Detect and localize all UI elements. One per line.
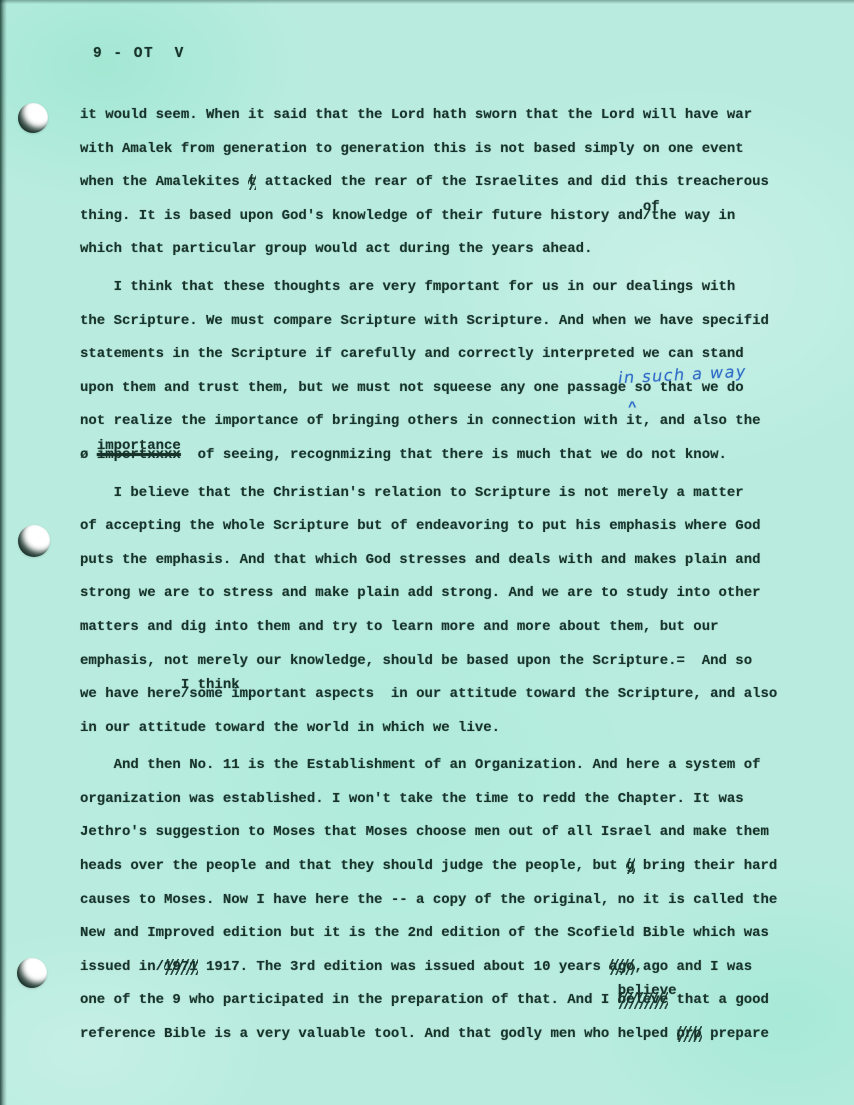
typed-line: I think that these thoughts are very fmp… (80, 271, 820, 305)
typed-text: /some important aspects in our attitude … (181, 686, 778, 702)
typed-line: it would seem. When it said that the Lor… (80, 99, 820, 133)
typed-line: matters and dig into them and try to lea… (80, 611, 820, 645)
typed-text: causes to Moses. Now I have here the -- … (80, 892, 777, 908)
typed-line: which that particular group would act du… (80, 233, 820, 267)
typed-line: puts the emphasis. And that which God st… (80, 544, 820, 578)
typed-text: we have here (80, 686, 181, 702)
scanned-typescript-page: { "page": { "header": "9 - OT V" }, "col… (0, 0, 854, 1105)
typed-text: I think that these thoughts are very fmp… (80, 279, 735, 295)
typed-text: heads over the people and that they shou… (80, 858, 626, 874)
typed-text: of seeing, recognmizing that there is mu… (181, 447, 727, 463)
typed-text: when the Amalekites (80, 174, 248, 190)
typed-text: ø (80, 447, 97, 463)
typed-text: reference Bible is a very valuable tool.… (80, 1026, 677, 1042)
typed-text: not realize the importance of bringing o… (80, 413, 761, 429)
handwritten-annotation: in such a way (617, 354, 748, 394)
typed-line: strong we are to stress and make plain a… (80, 577, 820, 611)
struck-text: 1971 (164, 959, 198, 975)
typed-line: the Scripture. We must compare Scripture… (80, 305, 820, 339)
typed-text: bring their hard (635, 858, 778, 874)
typed-text: which that particular group would act du… (80, 241, 592, 257)
typed-line: issued in/1971 1917. The 3rd edition was… (80, 951, 820, 985)
typed-line: when the Amalekites t attacked the rear … (80, 166, 820, 200)
typed-insertion: importance (97, 430, 181, 464)
struck-text: ago (609, 959, 634, 975)
typed-line: I believe that the Christian's relation … (80, 477, 820, 511)
paper-edge-left (0, 0, 7, 1105)
typed-line: ø importanceimpertxxxx of seeing, recogn… (80, 439, 820, 473)
typed-text: issued in/ (80, 959, 164, 975)
paragraph: And then No. 11 is the Establishment of … (80, 749, 820, 1051)
typed-text: I believe that the Christian's relation … (80, 485, 744, 501)
typed-text: the Scripture. We must compare Scripture… (80, 313, 769, 329)
struck-text: prp (677, 1026, 702, 1042)
hole-punch-top (18, 103, 48, 133)
typed-text: of accepting the whole Scripture but of … (80, 518, 761, 534)
typed-text: in our attitude toward the world in whic… (80, 720, 500, 736)
typed-line: reference Bible is a very valuable tool.… (80, 1018, 820, 1052)
typed-text: that a good (668, 992, 769, 1008)
typed-text: And then No. 11 is the Establishment of … (80, 757, 761, 773)
hole-punch-bottom (17, 958, 47, 988)
typed-text: Jethro's suggestion to Moses that Moses … (80, 824, 769, 840)
typed-text: prepare (702, 1026, 769, 1042)
typed-text: attacked the rear of the Israelites and … (256, 174, 768, 190)
typed-line: not realize the importance of bringing o… (80, 405, 820, 439)
typed-text: with Amalek from generation to generatio… (80, 141, 744, 157)
typed-line: of accepting the whole Scripture but of … (80, 510, 820, 544)
hole-punch-middle (18, 525, 50, 557)
typed-text: ,ago and I was (635, 959, 753, 975)
typed-line: heads over the people and that they shou… (80, 850, 820, 884)
typed-line: one of the 9 who participated in the pre… (80, 984, 820, 1018)
typed-text: puts the emphasis. And that which God st… (80, 552, 761, 568)
typed-text: it would seem. When it said that the Lor… (80, 107, 752, 123)
typed-text: New and Improved edition but it is the 2… (80, 925, 769, 941)
typed-text: organization was established. I won't ta… (80, 791, 744, 807)
typed-line: upon them and trust them, but we must no… (80, 372, 820, 406)
typed-text: upon them and trust them, but we must no… (80, 380, 626, 396)
typed-text: strong we are to stress and make plain a… (80, 585, 761, 601)
struck-text: g (626, 858, 634, 874)
typed-line: And then No. 11 is the Establishment of … (80, 749, 820, 783)
paragraph: I think that these thoughts are very fmp… (80, 271, 820, 473)
typed-text: one of the 9 who participated in the pre… (80, 992, 618, 1008)
typed-line: we have hereI think/some important aspec… (80, 678, 820, 712)
typed-body: it would seem. When it said that the Lor… (80, 99, 820, 1056)
typed-line: New and Improved edition but it is the 2… (80, 917, 820, 951)
typed-text: 1917. The 3rd edition was issued about 1… (198, 959, 610, 975)
typed-line: with Amalek from generation to generatio… (80, 133, 820, 167)
typed-line: organization was established. I won't ta… (80, 783, 820, 817)
page-header: 9 - OT V (93, 46, 185, 62)
paper-edge-top (0, 0, 854, 4)
typed-line: Jethro's suggestion to Moses that Moses … (80, 816, 820, 850)
typed-text: emphasis, not merely our knowledge, shou… (80, 653, 752, 669)
typed-insertion: believe (618, 975, 677, 1009)
typed-line: causes to Moses. Now I have here the -- … (80, 884, 820, 918)
typed-text: thing. It is based upon God's knowledge … (80, 208, 643, 224)
typed-line: in our attitude toward the world in whic… (80, 712, 820, 746)
paragraph: it would seem. When it said that the Lor… (80, 99, 820, 267)
paragraph: I believe that the Christian's relation … (80, 477, 820, 746)
typed-line: thing. It is based upon God's knowledge … (80, 200, 820, 234)
typed-text: matters and dig into them and try to lea… (80, 619, 719, 635)
typed-insertion: I think (181, 669, 240, 703)
typed-insertion: of (643, 191, 660, 225)
